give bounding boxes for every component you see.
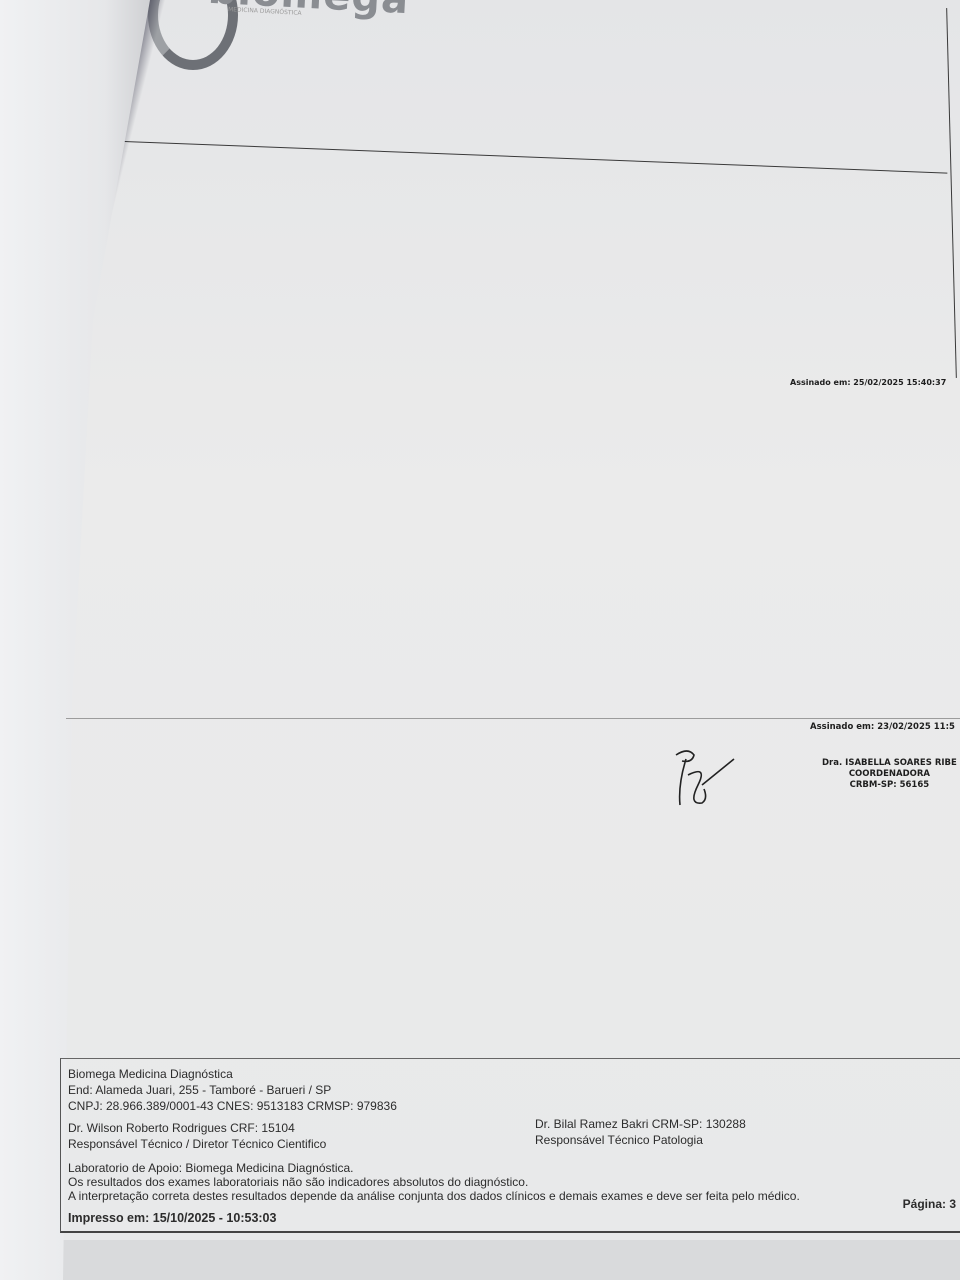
footer-responsible-2-name: Dr. Bilal Ramez Bakri CRM-SP: 130288 — [535, 1117, 746, 1131]
footer-address: End: Alameda Juari, 255 - Tamboré - Baru… — [68, 1083, 331, 1097]
footer-disclaimer-2: A interpretação correta destes resultado… — [68, 1189, 800, 1203]
report-footer: Biomega Medicina Diagnóstica End: Alamed… — [60, 1058, 960, 1233]
lab-report-page: biomega MEDICINA DIAGNÓSTICA — [58, 0, 960, 1240]
footer-disclaimer-1: Os resultados dos exames laboratoriais n… — [68, 1175, 528, 1189]
page-border-right — [946, 8, 957, 378]
footer-ids: CNPJ: 28.966.389/0001-43 CNES: 9513183 C… — [68, 1099, 397, 1113]
signature-icon — [668, 745, 738, 810]
signer-info: Dra. ISABELLA SOARES RIBE COORDENADORA C… — [822, 758, 957, 791]
htlv-signed-timestamp: Assinado em: 25/02/2025 15:40:37 — [790, 378, 946, 387]
footer-responsible-2-role: Responsável Técnico Patologia — [535, 1133, 703, 1147]
footer-lab-name: Biomega Medicina Diagnóstica — [68, 1067, 233, 1081]
printed-timestamp: Impresso em: 15/10/2025 - 10:53:03 — [68, 1211, 276, 1225]
footer-responsible-1-name: Dr. Wilson Roberto Rodrigues CRF: 15104 — [68, 1121, 295, 1135]
footer-responsible-1-role: Responsável Técnico / Diretor Técnico Ci… — [68, 1137, 326, 1151]
section-divider — [98, 140, 947, 174]
footer-apoio: Laboratorio de Apoio: Biomega Medicina D… — [68, 1161, 354, 1175]
page-number: Página: 3 — [903, 1197, 956, 1211]
section-divider — [66, 718, 960, 719]
signer-role: COORDENADORA — [822, 769, 957, 780]
signer-registration: CRBM-SP: 56165 — [822, 780, 957, 791]
vdrl-signed-timestamp: Assinado em: 23/02/2025 11:5 — [810, 722, 955, 732]
signer-name: Dra. ISABELLA SOARES RIBE — [822, 758, 957, 769]
